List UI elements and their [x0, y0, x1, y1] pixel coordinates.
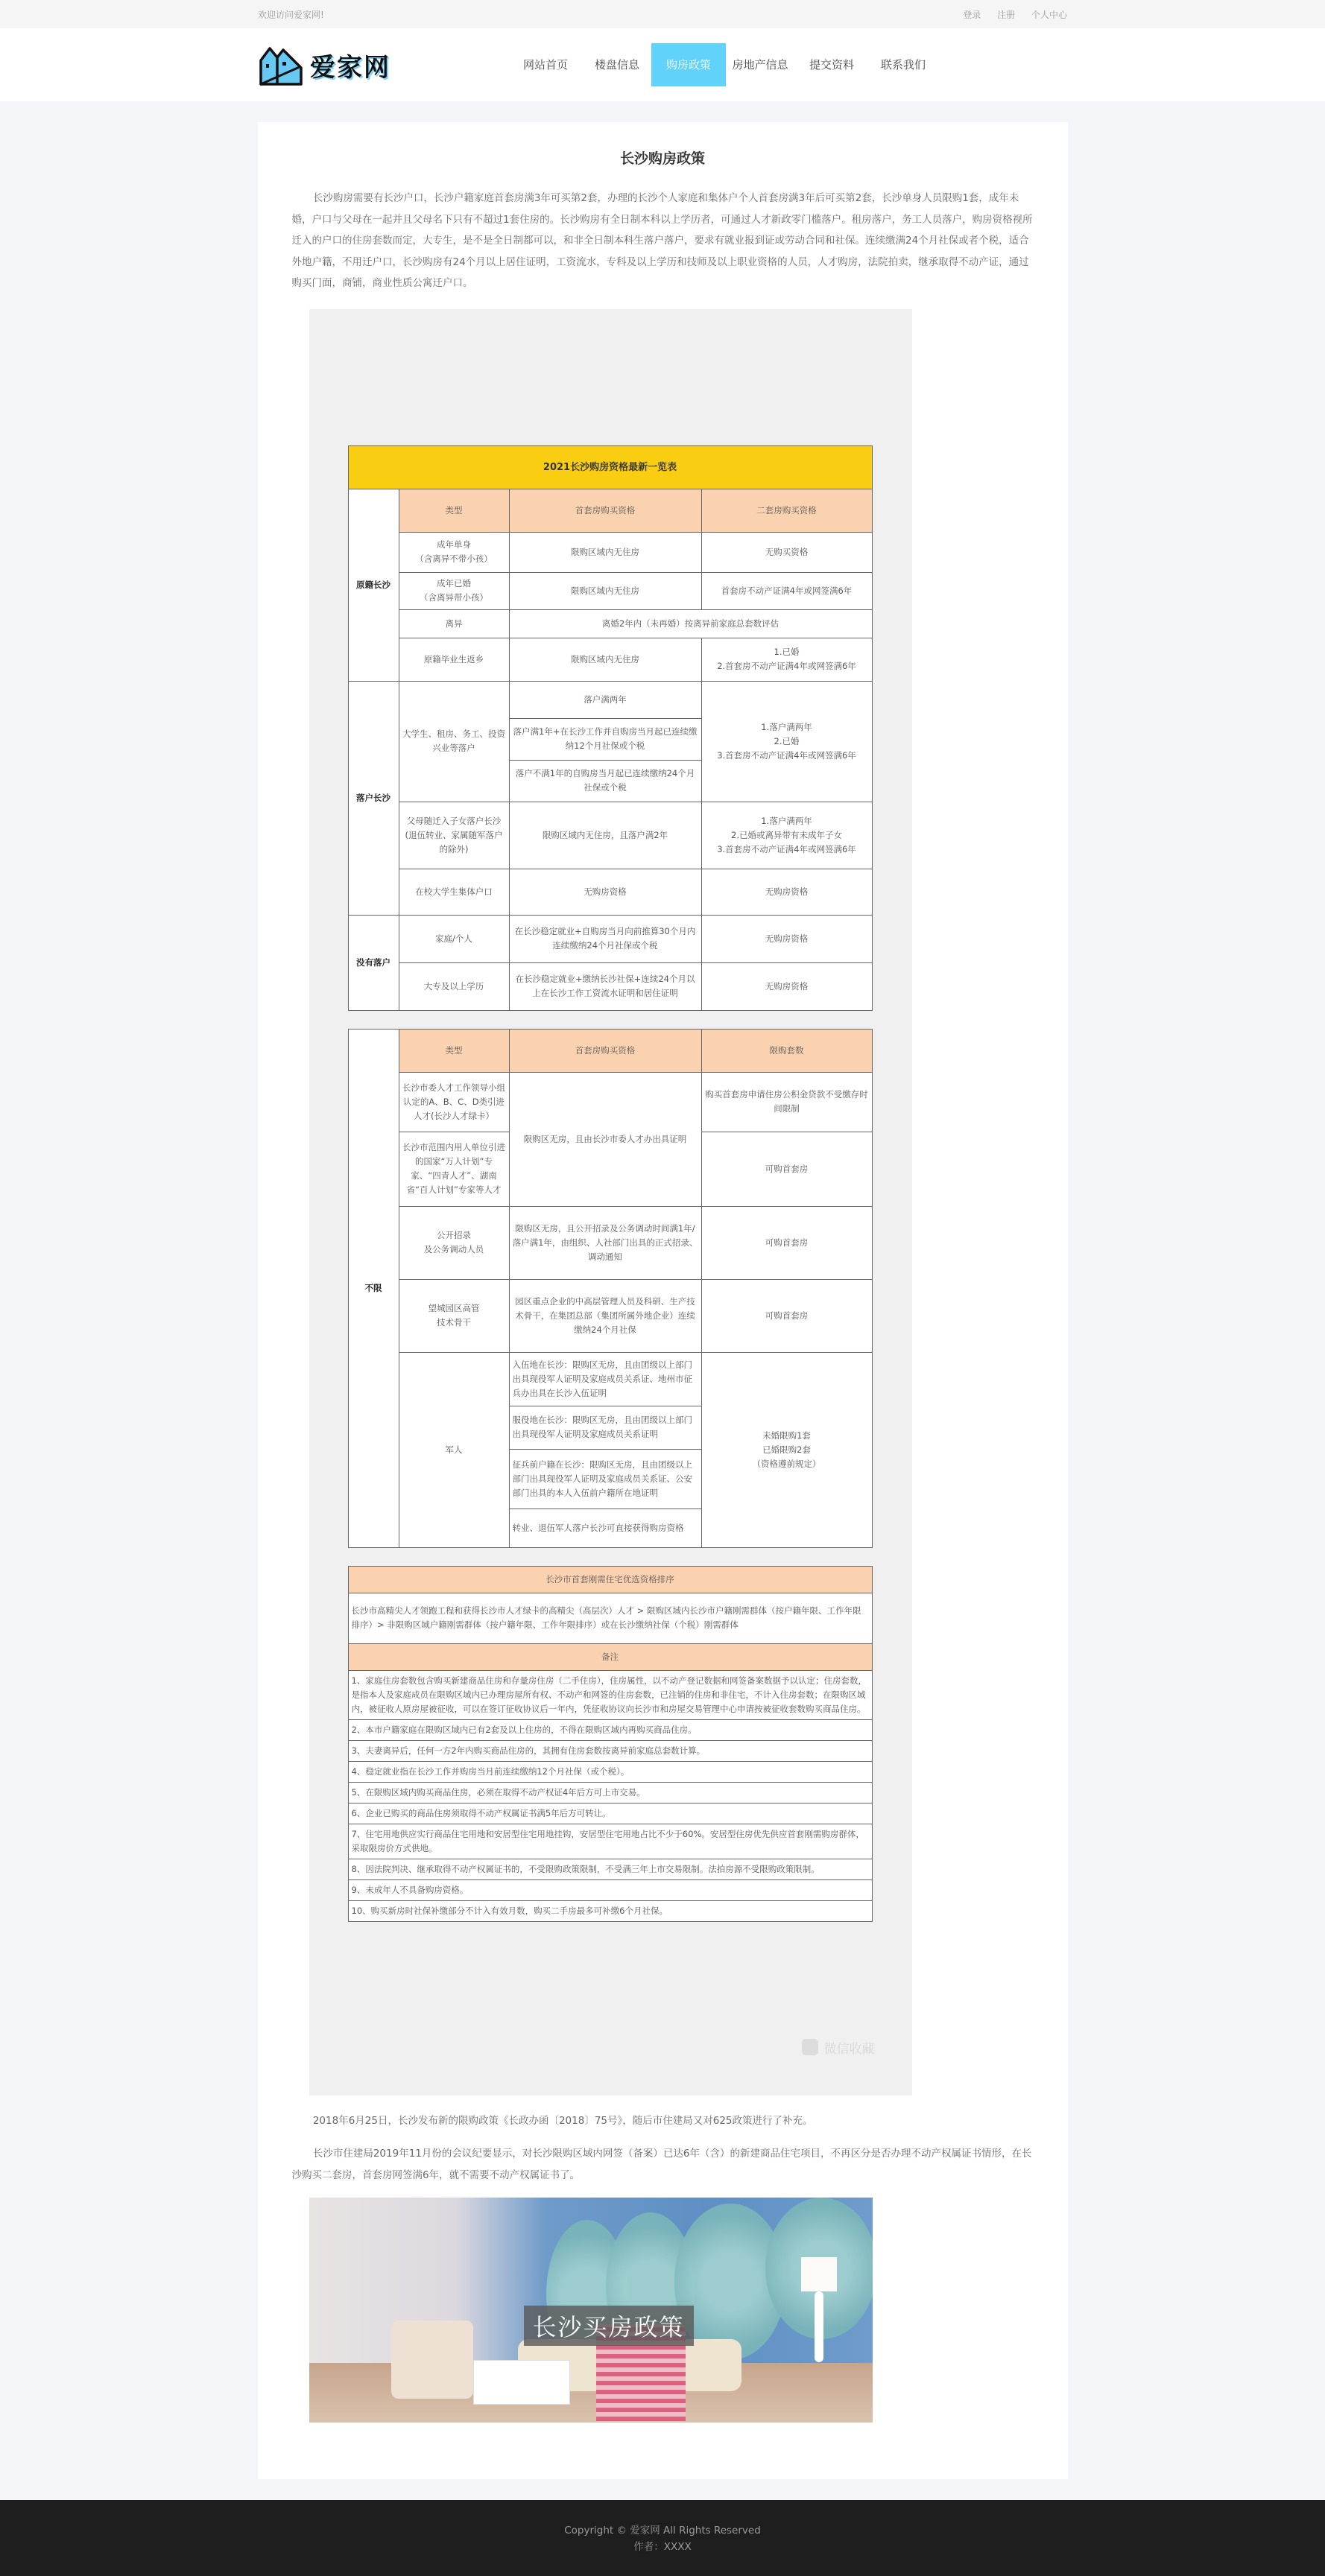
- paragraph-2019-meeting: 长沙市住建局2019年11月份的会议纪要显示，对长沙限购区域内网签（备案）已达6…: [258, 2143, 1068, 2186]
- group-label: 原籍长沙: [348, 489, 399, 681]
- table-cell: 无购房资格: [701, 915, 872, 962]
- nav-listings[interactable]: 楼盘信息: [580, 43, 654, 86]
- note-item: 8、因法院判决、继承取得不动产权属证书的，不受限购政策限制，不受满三年上市交易限…: [348, 1859, 872, 1879]
- table-cell: 家庭/个人: [399, 915, 509, 962]
- table-row: 原籍毕业生返乡限购区域内无住房1.已婚2.首套房不动产证满4年或网签满6年: [348, 638, 872, 681]
- eligibility-table: 2021长沙购房资格最新一览表原籍长沙类型首套房购买资格二套房购买资格成年单身（…: [348, 445, 873, 1011]
- login-link[interactable]: 登录: [963, 10, 981, 20]
- table-cell: 长沙市范围内用人单位引进的国家“万人计划”专家、“四青人才”、湖南省“百人计划”…: [399, 1132, 509, 1206]
- user-center-link[interactable]: 个人中心: [1031, 10, 1067, 20]
- note-item: 1、家庭住房套数包含购买新建商品住房和存量房住房（二手住房），住房属性，以不动产…: [348, 1670, 872, 1719]
- house-icon: [258, 44, 306, 86]
- photo-caption: 长沙买房政策: [524, 2306, 694, 2346]
- table-row: 7、住宅用地供应实行商品住宅用地和安居型住宅用地挂钩，安居型住宅用地占比不少于6…: [348, 1824, 872, 1859]
- nav-realestate-info[interactable]: 房地产信息: [723, 43, 797, 86]
- page-title: 长沙购房政策: [258, 122, 1068, 188]
- table-row: 1、家庭住房套数包含购买新建商品住房和存量房住房（二手住房），住房属性，以不动产…: [348, 1670, 872, 1719]
- wechat-watermark: 微信收藏: [802, 2038, 875, 2057]
- note-item: 5、在限购区域内购买商品住房，必须在取得不动产权证4年后方可上市交易。: [348, 1782, 872, 1803]
- notes-title: 备注: [348, 1643, 872, 1670]
- table-row: 不限类型首套房购买资格限购套数: [348, 1029, 872, 1072]
- table-cell: 无购买资格: [701, 532, 872, 572]
- table-cell: 原籍毕业生返乡: [399, 638, 509, 681]
- table-row: 离异离婚2年内（未再婚）按离异前家庭总套数评估: [348, 609, 872, 638]
- table-row: 父母随迁入子女落户长沙(退伍转业、家属随军落户的除外)限购区域内无住房，且落户满…: [348, 802, 872, 869]
- table-cell: 在长沙稳定就业+缴纳长沙社保+连续24个月以上在长沙工作工资流水证明和居住证明: [509, 962, 701, 1010]
- column-header: 限购套数: [701, 1029, 872, 1072]
- table-cell: 军人: [399, 1352, 509, 1547]
- table-row: 9、未成年人不具备购房资格。: [348, 1879, 872, 1900]
- table-cell: 首套房不动产证满4年或网签满6年: [701, 572, 872, 609]
- author-text: 作者：XXXX: [0, 2539, 1325, 2555]
- table-cell: 落户不满1年的自购房当月起已连续缴纳24个月社保或个税: [509, 760, 701, 802]
- table-cell: 1.已婚2.首套房不动产证满4年或网签满6年: [701, 638, 872, 681]
- table-row: 没有落户家庭/个人在长沙稳定就业+自购房当月向前推算30个月内连续缴纳24个月社…: [348, 915, 872, 962]
- table-cell: 父母随迁入子女落户长沙(退伍转业、家属随军落户的除外): [399, 802, 509, 869]
- table-cell: 落户长沙: [348, 681, 399, 915]
- table-cell: 服役地在长沙：限购区无房，且由团级以上部门出具现役军人证明及家庭成员关系证明: [509, 1406, 701, 1449]
- table-row: 公开招录及公务调动人员限购区无房，且公开招录及公务调动时间满1年/落户满1年，由…: [348, 1206, 872, 1279]
- table-row: 在校大学生集体户口无购房资格无购房资格: [348, 869, 872, 915]
- table-row: 备注: [348, 1643, 872, 1670]
- table-row: 成年单身（含离异不带小孩）限购区域内无住房无购买资格: [348, 532, 872, 572]
- logo-text: 爱家网: [310, 47, 390, 83]
- column-header: 类型: [399, 1029, 509, 1072]
- table-cell: 在校大学生集体户口: [399, 869, 509, 915]
- policy-table-image: 2021长沙购房资格最新一览表原籍长沙类型首套房购买资格二套房购买资格成年单身（…: [309, 309, 912, 2096]
- table-cell: 不限: [348, 1029, 399, 1547]
- table-row: 大专及以上学历在长沙稳定就业+缴纳长沙社保+连续24个月以上在长沙工作工资流水证…: [348, 962, 872, 1010]
- notes-table: 长沙市首套刚需住宅优选资格排序长沙市高精尖人才领跑工程和获得长沙市人才绿卡的高精…: [348, 1566, 873, 1922]
- article-panel: 长沙购房政策 长沙购房需要有长沙户口，长沙户籍家庭首套房满3年可买第2套，办理的…: [258, 122, 1068, 2479]
- table-cell: 没有落户: [348, 915, 399, 1010]
- table-row: 望城园区高管技术骨干园区重点企业的中高层管理人员及科研、生产技术骨干，在集团总部…: [348, 1279, 872, 1352]
- table-row: 长沙市高精尖人才领跑工程和获得长沙市人才绿卡的高精尖（高层次）人才 > 限购区域…: [348, 1593, 872, 1643]
- note-item: 7、住宅用地供应实行商品住宅用地和安居型住宅用地挂钩，安居型住宅用地占比不少于6…: [348, 1824, 872, 1859]
- table-cell: 1.落户满两年2.已婚或离异带有未成年子女3.首套房不动产证满4年或网签满6年: [701, 802, 872, 869]
- watermark-text: 微信收藏: [824, 2038, 875, 2057]
- nav-contact[interactable]: 联系我们: [866, 43, 940, 86]
- table-cell: 限购区域内无住房: [509, 638, 701, 681]
- table-cell: 无购房资格: [701, 869, 872, 915]
- table-row: 军人入伍地在长沙：限购区无房，且由团级以上部门出具现役军人证明及家庭成员关系证、…: [348, 1352, 872, 1406]
- ranking-title: 长沙市首套刚需住宅优选资格排序: [348, 1566, 872, 1593]
- table-cell: 未婚限购1套已婚限购2套（资格遵前规定）: [701, 1352, 872, 1547]
- table-row: 8、因法院判决、继承取得不动产权属证书的，不受限购政策限制，不受满三年上市交易限…: [348, 1859, 872, 1879]
- table-row: 2021长沙购房资格最新一览表: [348, 445, 872, 489]
- ranking-text: 长沙市高精尖人才领跑工程和获得长沙市人才绿卡的高精尖（高层次）人才 > 限购区域…: [348, 1593, 872, 1643]
- table-row: 6、企业已购买的商品住房须取得不动产权属证书满5年后方可转让。: [348, 1803, 872, 1824]
- column-header: 首套房购买资格: [509, 489, 701, 532]
- living-room-photo: 长沙买房政策: [309, 2198, 873, 2423]
- table-cell: 可购首套房: [701, 1132, 872, 1206]
- site-header: 爱家网 网站首页 楼盘信息 购房政策 房地产信息 提交资料 联系我们: [0, 28, 1325, 101]
- column-header: 首套房购买资格: [509, 1029, 701, 1072]
- table-row: 长沙市委人才工作领导小组认定的A、B、C、D类引进人才(长沙人才绿卡）限购区无房…: [348, 1072, 872, 1132]
- table-cell: 大学生、租房、务工、投资兴业等落户: [399, 681, 509, 802]
- note-item: 10、购买新房时社保补缴部分不计入有效月数，购买二手房最多可补缴6个月社保。: [348, 1900, 872, 1921]
- note-item: 2、本市户籍家庭在限购区域内已有2套及以上住房的，不得在限购区域内再购买商品住房…: [348, 1719, 872, 1740]
- note-item: 9、未成年人不具备购房资格。: [348, 1879, 872, 1900]
- top-bar: 欢迎访问爱家网! 登录 注册 个人中心: [0, 0, 1325, 28]
- table-cell: 转业、退伍军人落户长沙可直接获得购房资格: [509, 1509, 701, 1547]
- column-header: 二套房购买资格: [701, 489, 872, 532]
- table-cell: 在长沙稳定就业+自购房当月向前推算30个月内连续缴纳24个月社保或个税: [509, 915, 701, 962]
- table-row: 4、稳定就业指在长沙工作并购房当月前连续缴纳12个月社保（或个税）。: [348, 1761, 872, 1782]
- table-cell: 可购首套房: [701, 1279, 872, 1352]
- table-cell: 限购区无房，且公开招录及公务调动时间满1年/落户满1年，由组织、人社部门出具的正…: [509, 1206, 701, 1279]
- table-cell: 落户满1年+在长沙工作并自购房当月起已连续缴纳12个月社保或个税: [509, 718, 701, 760]
- table-cell: 长沙市委人才工作领导小组认定的A、B、C、D类引进人才(长沙人才绿卡）: [399, 1072, 509, 1132]
- table-cell: 限购区域内无住房: [509, 532, 701, 572]
- table-cell: 离异: [399, 609, 509, 638]
- table-cell: 入伍地在长沙：限购区无房，且由团级以上部门出具现役军人证明及家庭成员关系证、地州…: [509, 1352, 701, 1406]
- intro-paragraph: 长沙购房需要有长沙户口，长沙户籍家庭首套房满3年可买第2套，办理的长沙个人家庭和…: [258, 188, 1068, 294]
- main-nav: 网站首页 楼盘信息 购房政策 房地产信息 提交资料 联系我们: [508, 43, 937, 86]
- table-row: 10、购买新房时社保补缴部分不计入有效月数，购买二手房最多可补缴6个月社保。: [348, 1900, 872, 1921]
- table-cell: 可购首套房: [701, 1206, 872, 1279]
- note-item: 4、稳定就业指在长沙工作并购房当月前连续缴纳12个月社保（或个税）。: [348, 1761, 872, 1782]
- talent-table: 不限类型首套房购买资格限购套数长沙市委人才工作领导小组认定的A、B、C、D类引进…: [348, 1029, 873, 1548]
- site-footer: Copyright © 爱家网 All Rights Reserved 作者：X…: [0, 2500, 1325, 2576]
- table-row: 成年已婚（含离异带小孩）限购区域内无住房首套房不动产证满4年或网签满6年: [348, 572, 872, 609]
- logo[interactable]: 爱家网: [258, 44, 407, 86]
- table-cell: 限购区域内无住房: [509, 572, 701, 609]
- table-cell: 离婚2年内（未再婚）按离异前家庭总套数评估: [509, 609, 872, 638]
- note-item: 6、企业已购买的商品住房须取得不动产权属证书满5年后方可转让。: [348, 1803, 872, 1824]
- table-cell: 1.落户满两年2.已婚3.首套房不动产证满4年或网签满6年: [701, 681, 872, 802]
- table-cell: 公开招录及公务调动人员: [399, 1206, 509, 1279]
- table-cell: 无购房资格: [509, 869, 701, 915]
- table-cell: 望城园区高管技术骨干: [399, 1279, 509, 1352]
- copyright-text: Copyright © 爱家网 All Rights Reserved: [0, 2522, 1325, 2539]
- welcome-text: 欢迎访问爱家网!: [258, 8, 324, 21]
- table-cell: 购买首套房申请住房公积金贷款不受缴存时间限制: [701, 1072, 872, 1132]
- table-cell: 大专及以上学历: [399, 962, 509, 1010]
- table-cell: 限购区域内无住房，且落户满2年: [509, 802, 701, 869]
- paragraph-2018-policy: 2018年6月25日，长沙发布新的限购政策《长政办函〔2018〕75号》，随后市…: [258, 2110, 1068, 2132]
- table-row: 长沙市首套刚需住宅优选资格排序: [348, 1566, 872, 1593]
- table-cell: 限购区无房，且由长沙市委人才办出具证明: [509, 1072, 701, 1206]
- note-item: 3、夫妻离异后，任何一方2年内购买商品住房的，其拥有住房套数按离异前家庭总套数计…: [348, 1740, 872, 1761]
- table-row: 2、本市户籍家庭在限购区域内已有2套及以上住房的，不得在限购区域内再购买商品住房…: [348, 1719, 872, 1740]
- account-links: 登录 注册 个人中心: [949, 8, 1067, 21]
- table-row: 3、夫妻离异后，任何一方2年内购买商品住房的，其拥有住房套数按离异前家庭总套数计…: [348, 1740, 872, 1761]
- register-link[interactable]: 注册: [997, 10, 1015, 20]
- table-row: 5、在限购区域内购买商品住房，必须在取得不动产权证4年后方可上市交易。: [348, 1782, 872, 1803]
- table-cell: 成年单身（含离异不带小孩）: [399, 532, 509, 572]
- table-title: 2021长沙购房资格最新一览表: [348, 445, 872, 489]
- nav-submit[interactable]: 提交资料: [794, 43, 869, 86]
- column-header: 类型: [399, 489, 509, 532]
- table-cell: 园区重点企业的中高层管理人员及科研、生产技术骨干，在集团总部（集团所属外地企业）…: [509, 1279, 701, 1352]
- table-cell: 征兵前户籍在长沙：限购区无房，且由团级以上部门出具现役军人证明及家庭成员关系证、…: [509, 1449, 701, 1509]
- nav-home[interactable]: 网站首页: [508, 43, 583, 86]
- table-cell: 无购房资格: [701, 962, 872, 1010]
- table-cell: 落户满两年: [509, 681, 701, 718]
- cube-icon: [802, 2039, 818, 2055]
- table-row: 落户长沙大学生、租房、务工、投资兴业等落户落户满两年1.落户满两年2.已婚3.首…: [348, 681, 872, 718]
- table-row: 原籍长沙类型首套房购买资格二套房购买资格: [348, 489, 872, 532]
- nav-policy[interactable]: 购房政策: [651, 43, 726, 86]
- table-cell: 成年已婚（含离异带小孩）: [399, 572, 509, 609]
